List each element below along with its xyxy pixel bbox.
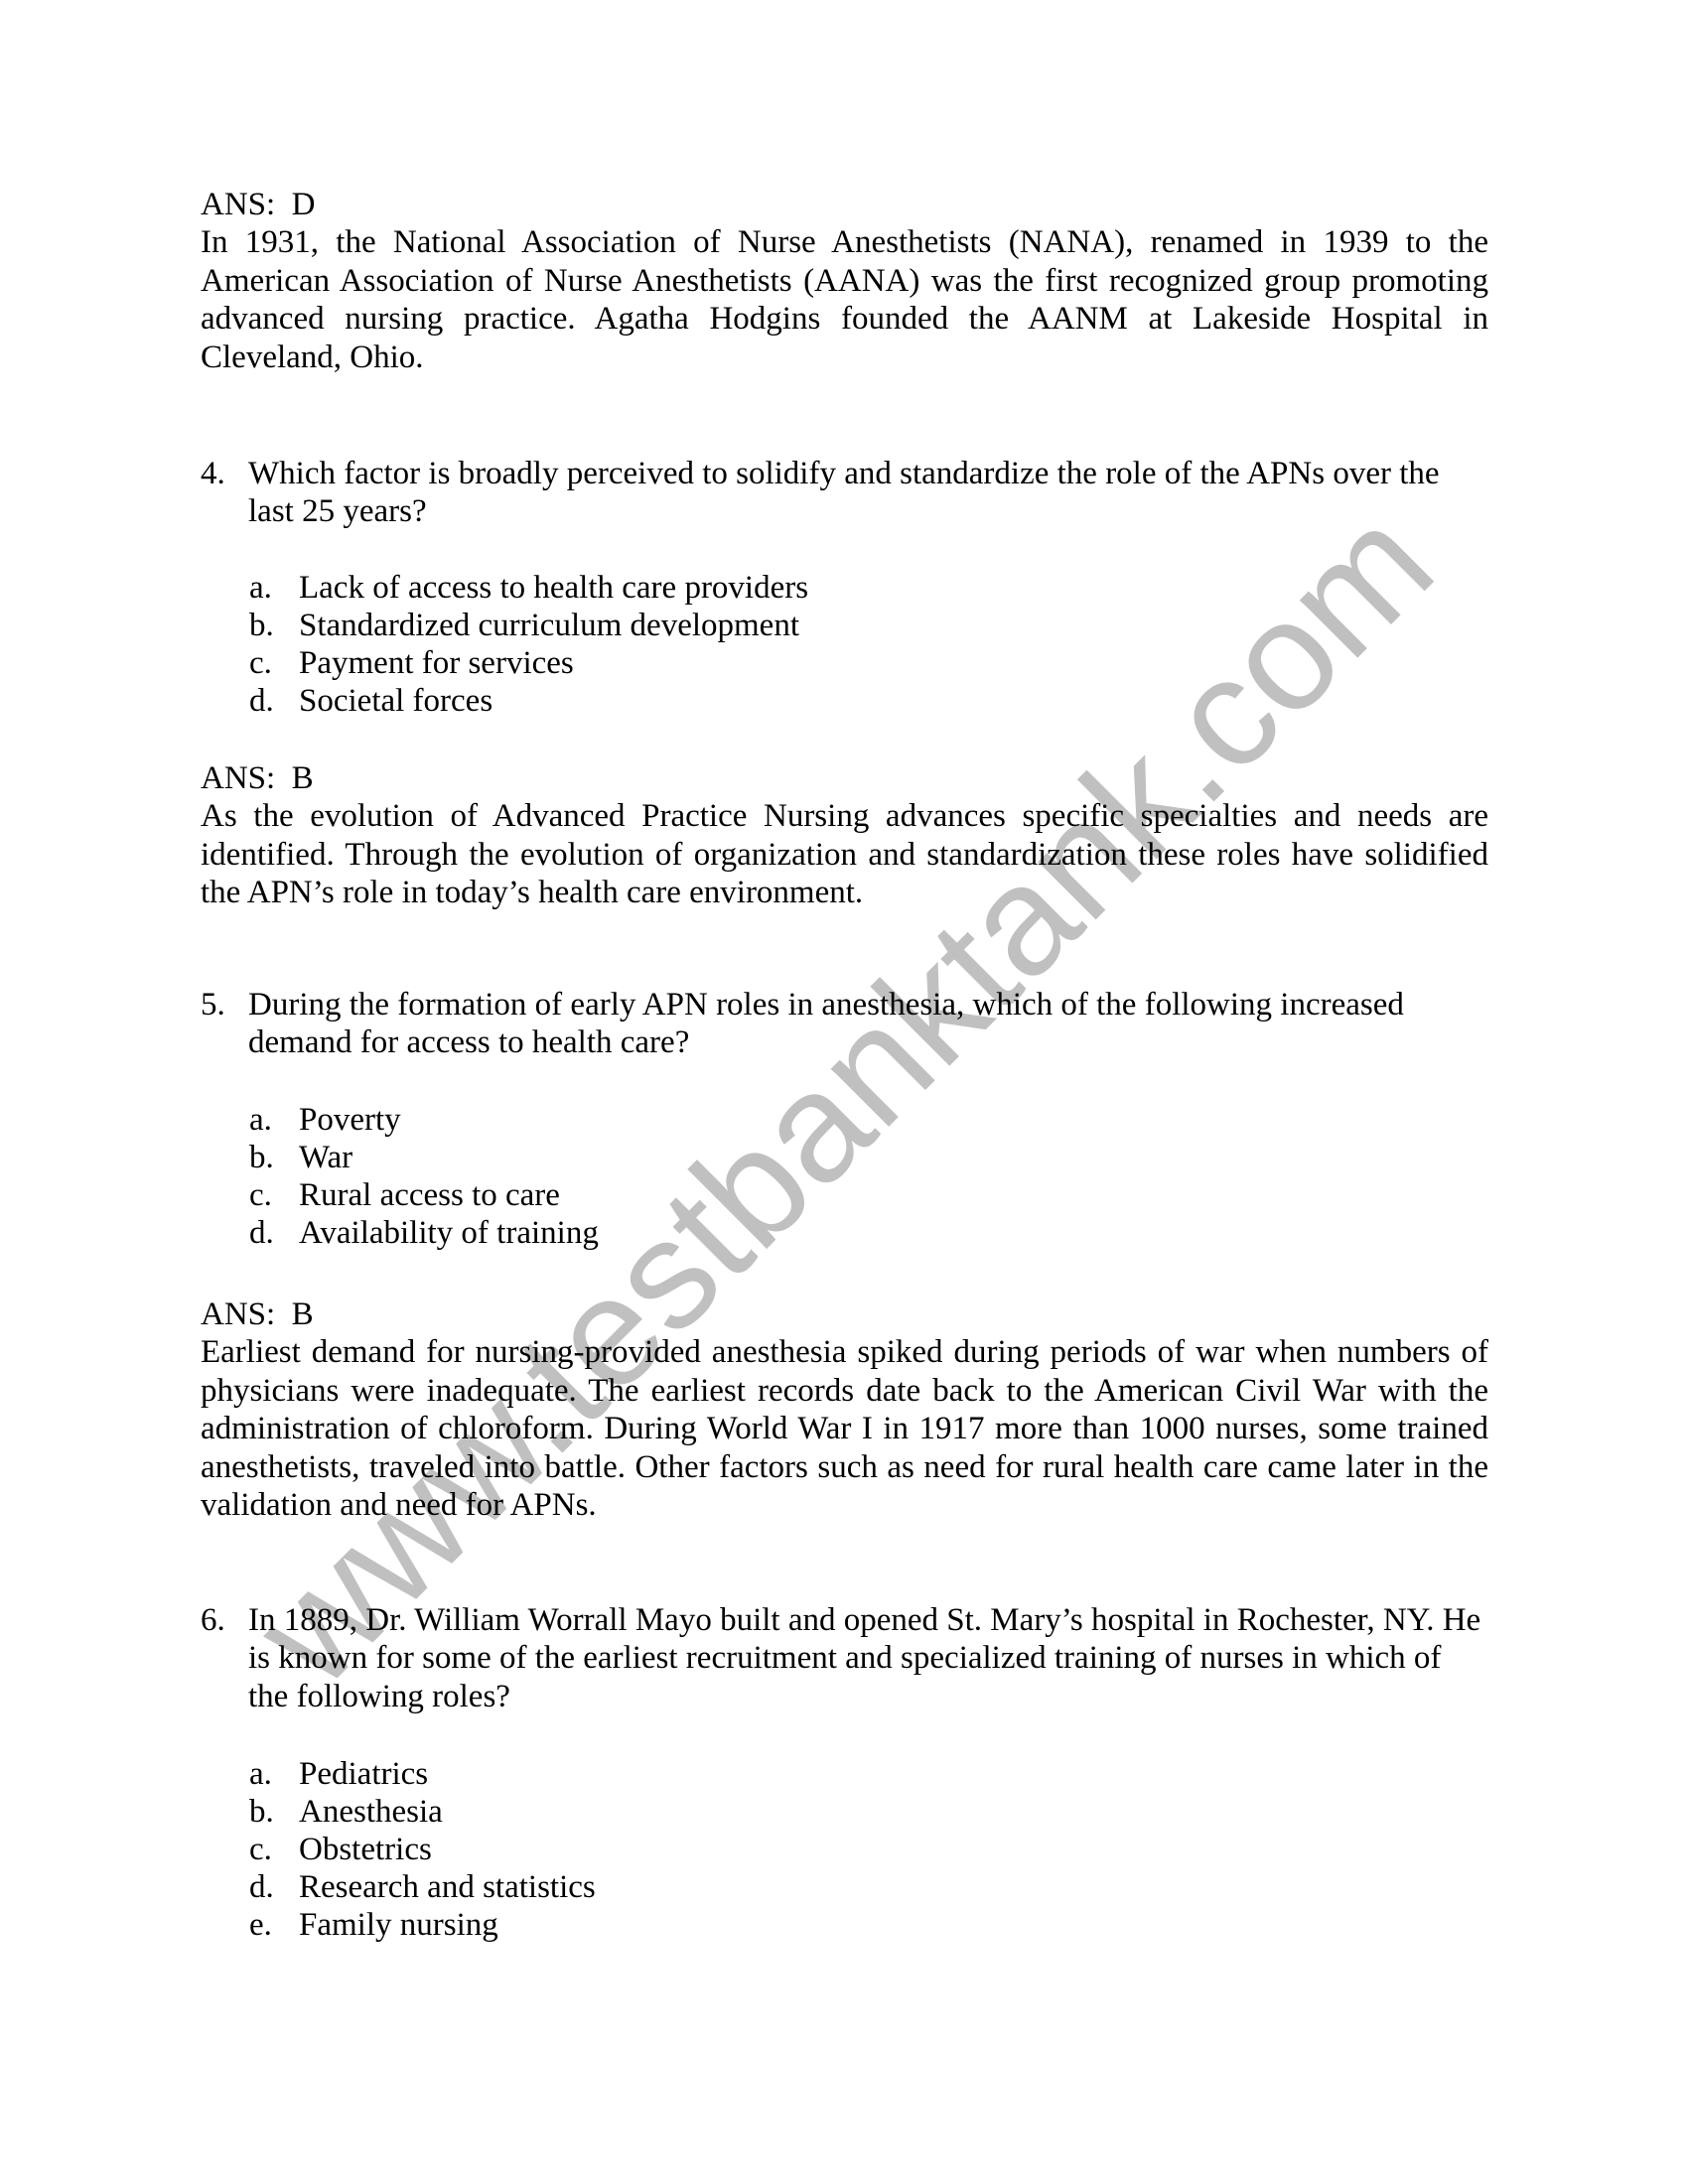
option-text: Poverty bbox=[299, 1101, 401, 1139]
option-text: Family nursing bbox=[299, 1906, 498, 1944]
question-6: 6. In 1889, Dr. William Worrall Mayo bui… bbox=[201, 1601, 1488, 1715]
question-6-options: a. Pediatrics b. Anesthesia c. Obstetric… bbox=[249, 1755, 1242, 1944]
answer-label: ANS: B bbox=[201, 759, 1488, 797]
option-text: Standardized curriculum development bbox=[299, 607, 799, 644]
option-letter: d. bbox=[249, 1868, 274, 1906]
question-5: 5. During the formation of early APN rol… bbox=[201, 986, 1488, 1062]
option-letter: b. bbox=[249, 1793, 274, 1831]
answer-rationale: In 1931, the National Association of Nur… bbox=[201, 223, 1488, 376]
option-text: Lack of access to health care providers bbox=[299, 569, 808, 607]
option-item: d. Research and statistics bbox=[249, 1868, 1242, 1906]
question-4-options: a. Lack of access to health care provide… bbox=[249, 569, 1242, 720]
option-letter: a. bbox=[249, 569, 272, 607]
option-text: Research and statistics bbox=[299, 1868, 596, 1906]
answer-rationale: As the evolution of Advanced Practice Nu… bbox=[201, 797, 1488, 911]
option-text: Societal forces bbox=[299, 682, 492, 720]
answer-label: ANS: D bbox=[201, 186, 1488, 223]
question-number: 5. bbox=[201, 986, 225, 1024]
question-number: 4. bbox=[201, 455, 225, 492]
option-text: Availability of training bbox=[299, 1214, 599, 1252]
answer-block-q5: ANS: B Earliest demand for nursing-provi… bbox=[201, 1296, 1488, 1524]
answer-label: ANS: B bbox=[201, 1296, 1488, 1333]
question-text: Which factor is broadly perceived to sol… bbox=[248, 455, 1488, 531]
option-item: c. Rural access to care bbox=[249, 1176, 1242, 1214]
option-letter: d. bbox=[249, 682, 274, 720]
option-item: e. Family nursing bbox=[249, 1906, 1242, 1944]
option-text: War bbox=[299, 1139, 352, 1176]
answer-block-q4: ANS: B As the evolution of Advanced Prac… bbox=[201, 759, 1488, 912]
option-item: b. Anesthesia bbox=[249, 1793, 1242, 1831]
answer-block-q3: ANS: D In 1931, the National Association… bbox=[201, 186, 1488, 376]
option-letter: c. bbox=[249, 644, 272, 682]
option-text: Anesthesia bbox=[299, 1793, 443, 1831]
option-letter: c. bbox=[249, 1831, 272, 1868]
option-letter: a. bbox=[249, 1101, 272, 1139]
question-text: During the formation of early APN roles … bbox=[248, 986, 1488, 1062]
option-item: a. Poverty bbox=[249, 1101, 1242, 1139]
option-item: c. Obstetrics bbox=[249, 1831, 1242, 1868]
option-text: Rural access to care bbox=[299, 1176, 560, 1214]
option-letter: d. bbox=[249, 1214, 274, 1252]
option-text: Pediatrics bbox=[299, 1755, 428, 1793]
option-letter: b. bbox=[249, 607, 274, 644]
question-4: 4. Which factor is broadly perceived to … bbox=[201, 455, 1488, 531]
question-5-options: a. Poverty b. War c. Rural access to car… bbox=[249, 1101, 1242, 1252]
option-item: d. Societal forces bbox=[249, 682, 1242, 720]
option-letter: a. bbox=[249, 1755, 272, 1793]
answer-rationale: Earliest demand for nursing-provided ane… bbox=[201, 1333, 1488, 1524]
option-letter: b. bbox=[249, 1139, 274, 1176]
option-letter: c. bbox=[249, 1176, 272, 1214]
option-item: d. Availability of training bbox=[249, 1214, 1242, 1252]
option-text: Payment for services bbox=[299, 644, 574, 682]
option-text: Obstetrics bbox=[299, 1831, 432, 1868]
option-item: a. Lack of access to health care provide… bbox=[249, 569, 1242, 607]
option-letter: e. bbox=[249, 1906, 272, 1944]
question-text: In 1889, Dr. William Worrall Mayo built … bbox=[248, 1601, 1488, 1715]
question-number: 6. bbox=[201, 1601, 225, 1639]
option-item: c. Payment for services bbox=[249, 644, 1242, 682]
option-item: b. Standardized curriculum development bbox=[249, 607, 1242, 644]
option-item: a. Pediatrics bbox=[249, 1755, 1242, 1793]
document-page: www.testbanktank.com ANS: D In 1931, the… bbox=[0, 0, 1688, 2184]
option-item: b. War bbox=[249, 1139, 1242, 1176]
